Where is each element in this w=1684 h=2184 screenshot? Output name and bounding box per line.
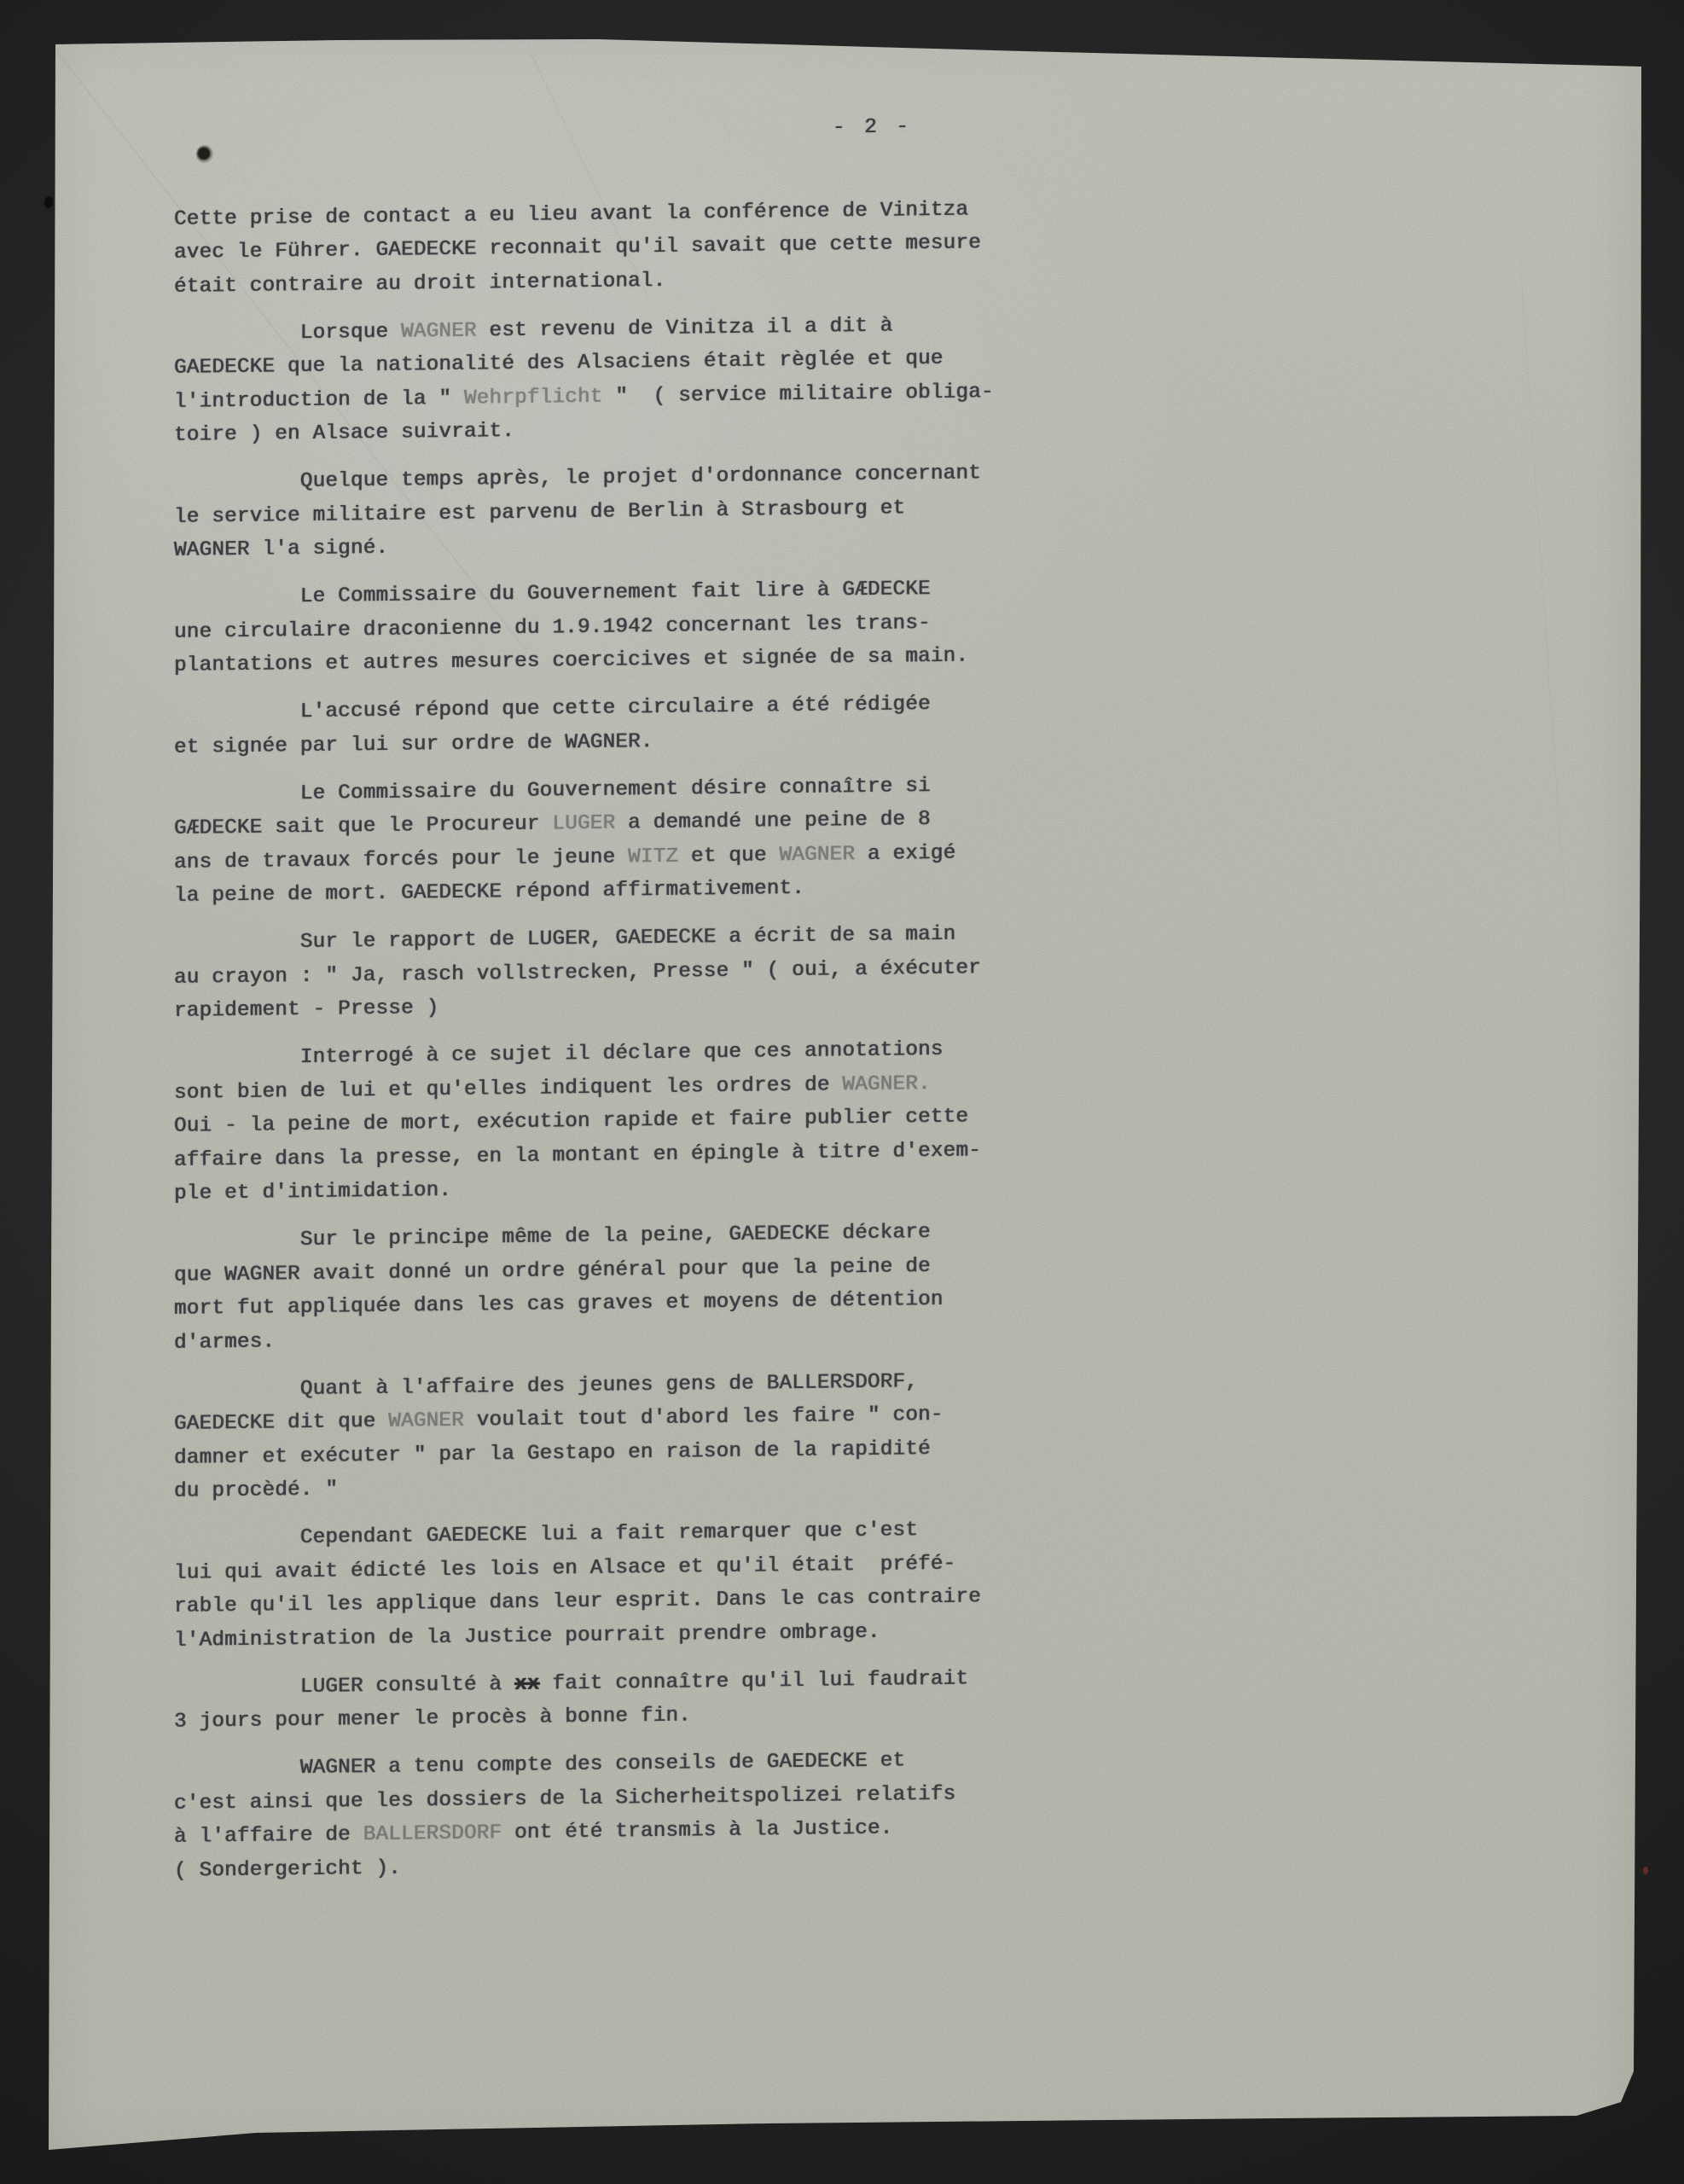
paragraph: Interrogé à ce sujet il déclare que ces … — [174, 1032, 1036, 1211]
document-page: - 2 - Cette prise de contact a eu lieu a… — [0, 0, 1684, 2184]
paragraph: Quant à l'affaire des jeunes gens de BAL… — [174, 1363, 1036, 1508]
paragraph: Sur le principe même de la peine, GAEDEC… — [174, 1215, 1036, 1360]
paragraph: L'accusé répond que cette circulaire a é… — [174, 687, 1036, 764]
paragraph: Le Commissaire du Gouvernement fait lire… — [174, 572, 1036, 683]
paragraph: WAGNER a tenu compte des conseils de GAE… — [174, 1743, 1036, 1888]
paragraph: Le Commissaire du Gouvernement désire co… — [174, 768, 1036, 913]
paper-edge-speck — [44, 196, 53, 208]
paragraph: Cependant GAEDECKE lui a fait remarquer … — [174, 1513, 1036, 1658]
scan-background: - 2 - Cette prise de contact a eu lieu a… — [0, 0, 1684, 2184]
paragraph: LUGER consulté à xx fait connaître qu'il… — [174, 1661, 1036, 1739]
paragraph: Quelque temps après, le projet d'ordonna… — [174, 456, 1036, 568]
paragraph: Sur le rapport de LUGER, GAEDECKE a écri… — [174, 917, 1036, 1029]
paragraph: Lorsque WAGNER est revenu de Vinitza il … — [174, 307, 1036, 452]
document-text: - 2 - Cette prise de contact a eu lieu a… — [174, 109, 1036, 1902]
paragraph: Cette prise de contact a eu lieu avant l… — [174, 192, 1036, 304]
red-mark — [1643, 1867, 1648, 1874]
